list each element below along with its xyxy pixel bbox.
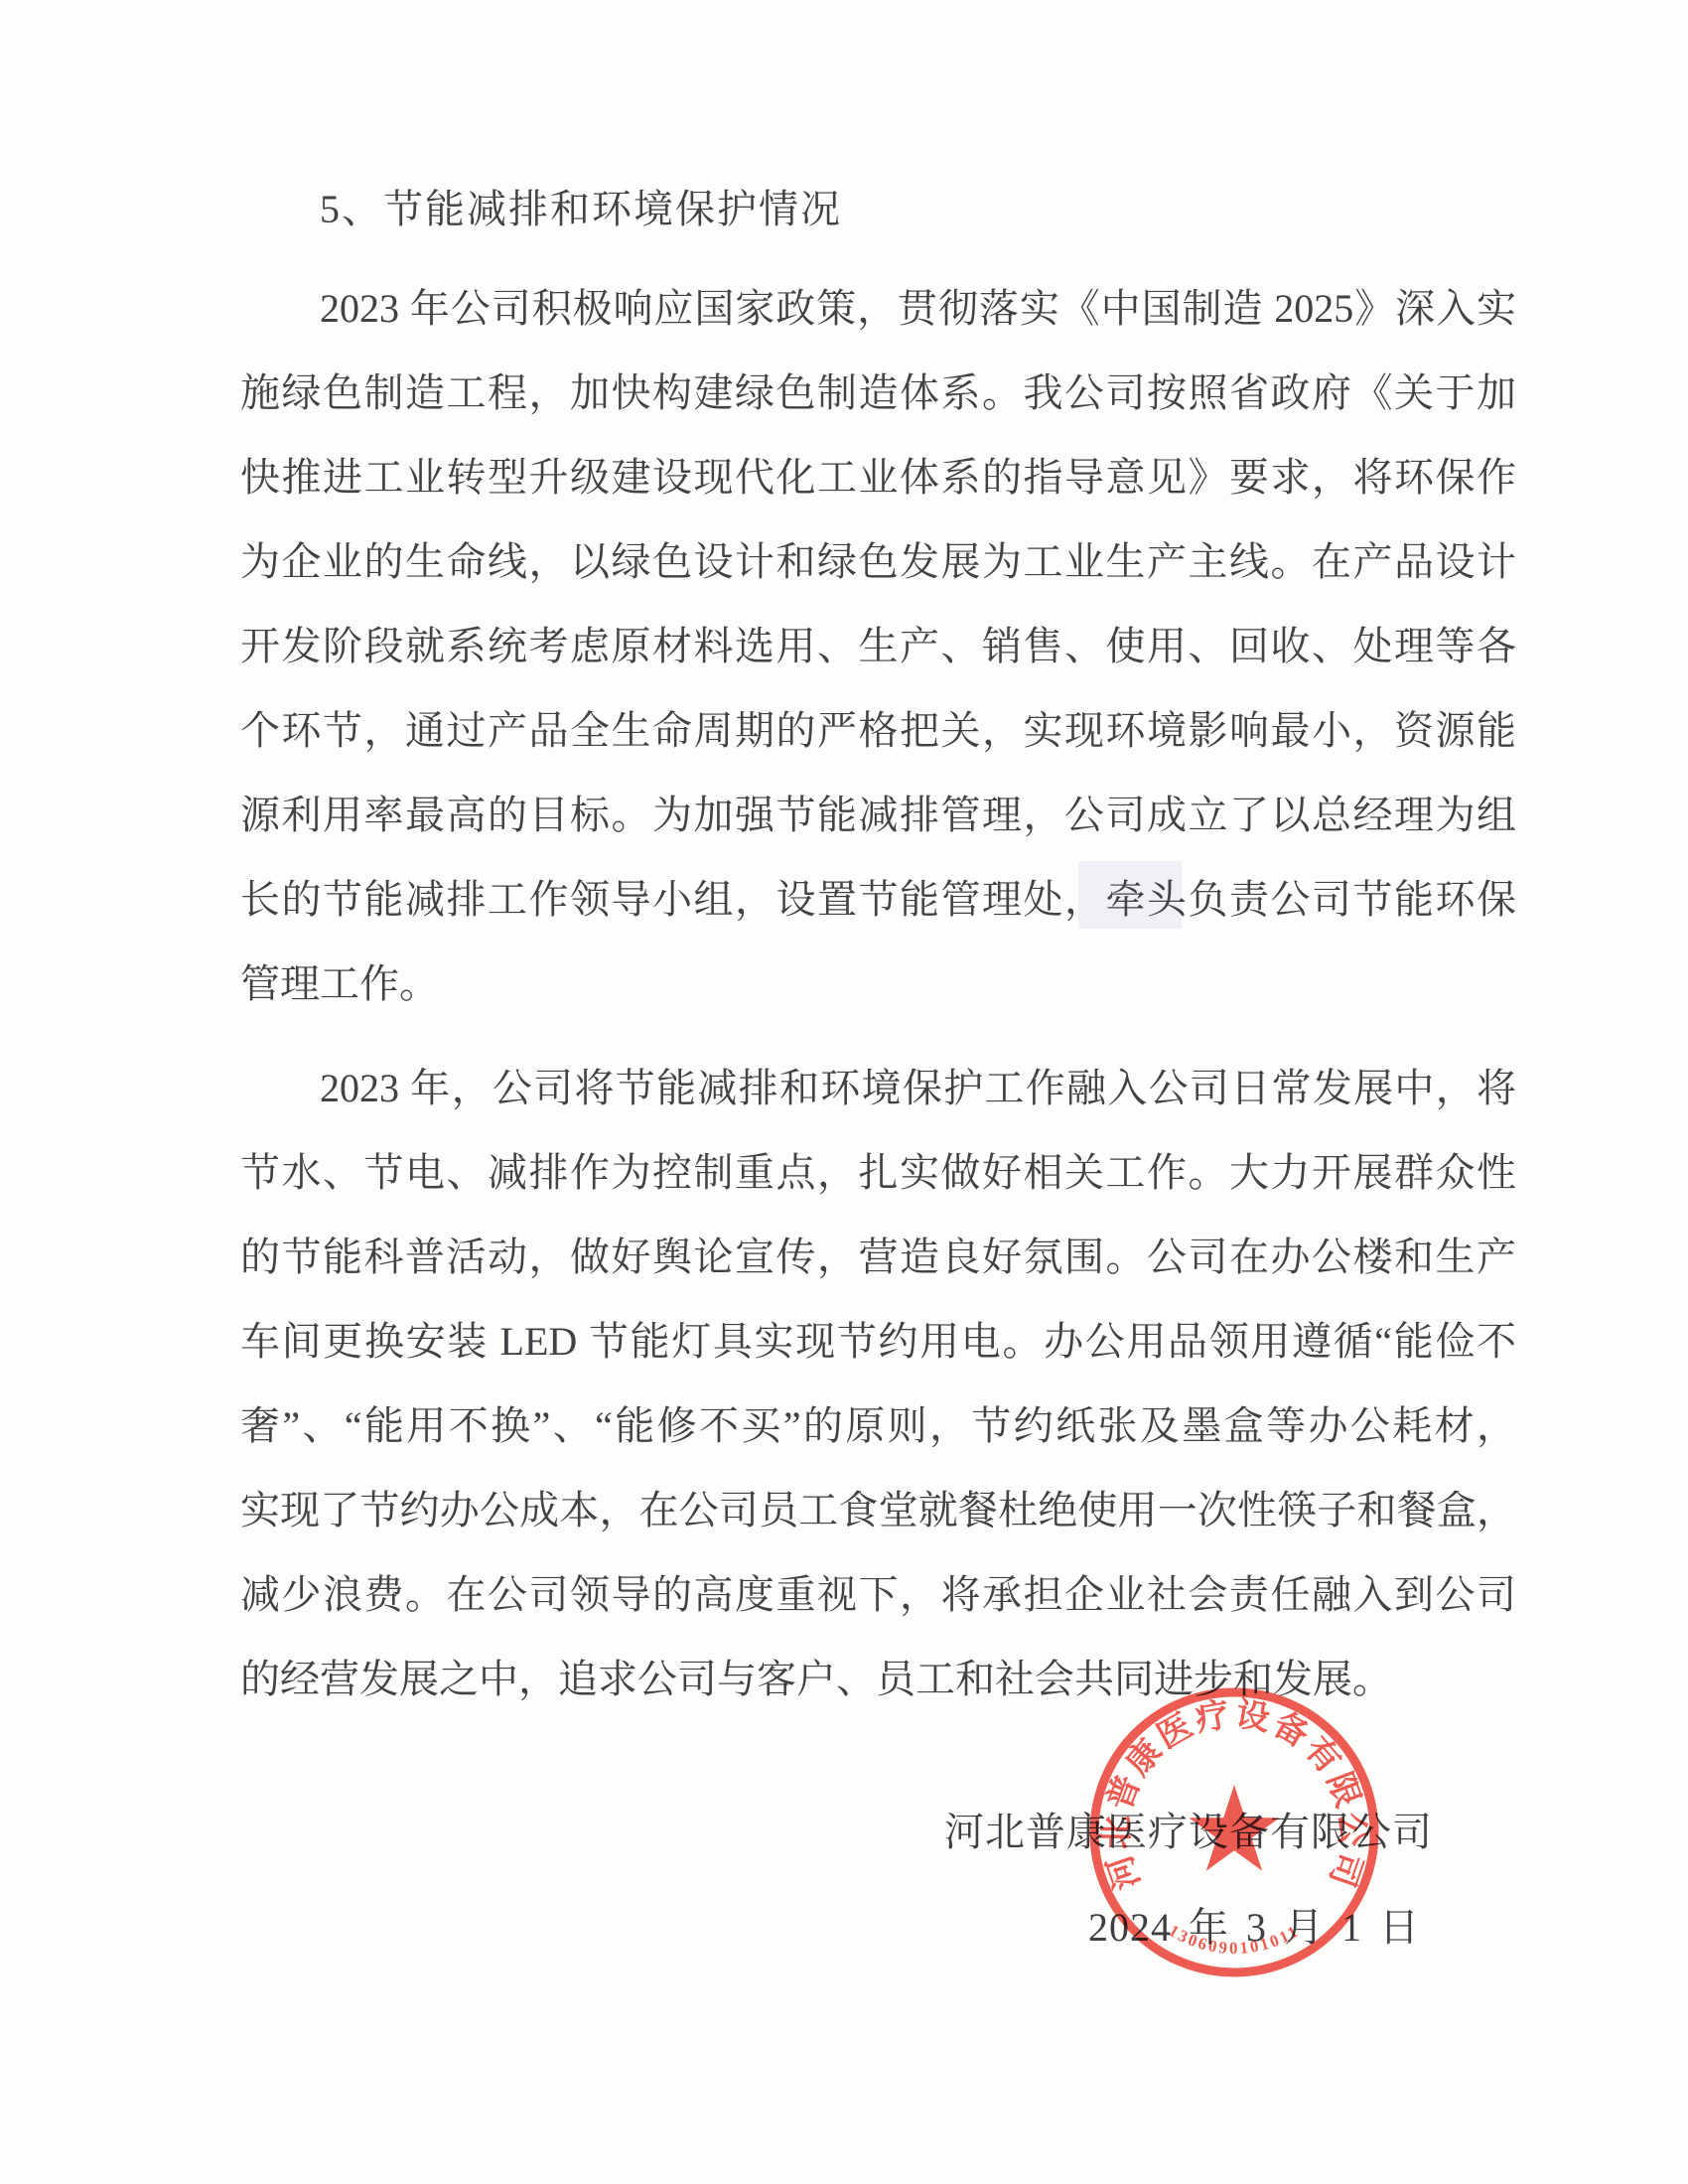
text-line: 节水、节电、减排作为控制重点，扎实做好相关工作。大力开展群众性 — [240, 1130, 1516, 1215]
document-page: 5、节能减排和环境保护情况 2023 年公司积极响应国家政策，贯彻落实《中国制造… — [0, 0, 1688, 2184]
text-line: 车间更换安装 LED 节能灯具实现节约用电。办公用品领用遵循“能俭不 — [240, 1299, 1516, 1383]
paragraph: 2023 年，公司将节能减排和环境保护工作融入公司日常发展中，将节水、节电、减排… — [240, 1046, 1516, 1721]
text-line: 的节能科普活动，做好舆论宣传，营造良好氛围。公司在办公楼和生产 — [240, 1215, 1516, 1299]
text-line: 管理工作。 — [240, 942, 1516, 1026]
text-line: 施绿色制造工程，加快构建绿色制造体系。我公司按照省政府《关于加 — [240, 351, 1516, 435]
text-line: 长的节能减排工作领导小组，设置节能管理处，牵头负责公司节能环保 — [240, 857, 1516, 942]
text-line: 源利用率最高的目标。为加强节能减排管理，公司成立了以总经理为组 — [240, 773, 1516, 857]
text-line: 减少浪费。在公司领导的高度重视下，将承担企业社会责任融入到公司 — [240, 1552, 1516, 1637]
paragraph: 2023 年公司积极响应国家政策，贯彻落实《中国制造 2025》深入实施绿色制造… — [240, 266, 1516, 1026]
text-line: 奢”、“能用不换”、“能修不买”的原则，节约纸张及墨盒等办公耗材， — [240, 1383, 1516, 1468]
document-body: 5、节能减排和环境保护情况 2023 年公司积极响应国家政策，贯彻落实《中国制造… — [240, 0, 1516, 1721]
text-line: 为企业的生命线，以绿色设计和绿色发展为工业生产主线。在产品设计 — [240, 519, 1516, 604]
text-line: 实现了节约办公成本，在公司员工食堂就餐杜绝使用一次性筷子和餐盒， — [240, 1468, 1516, 1552]
section-heading: 5、节能减排和环境保护情况 — [240, 186, 1516, 233]
company-seal-stamp: 河北普康医疗设备有限公司 1306090101011 — [1075, 1674, 1393, 1991]
seal-serial-number: 1306090101011 — [1166, 1921, 1304, 1958]
seal-star-icon — [1189, 1785, 1279, 1871]
text-line: 个环节，通过产品全生命周期的严格把关，实现环境影响最小，资源能 — [240, 688, 1516, 773]
text-line: 2023 年，公司将节能减排和环境保护工作融入公司日常发展中，将 — [240, 1046, 1516, 1130]
text-line: 2023 年公司积极响应国家政策，贯彻落实《中国制造 2025》深入实 — [240, 266, 1516, 351]
text-line: 开发阶段就系统考虑原材料选用、生产、销售、使用、回收、处理等各 — [240, 604, 1516, 688]
text-line: 快推进工业转型升级建设现代化工业体系的指导意见》要求，将环保作 — [240, 435, 1516, 519]
